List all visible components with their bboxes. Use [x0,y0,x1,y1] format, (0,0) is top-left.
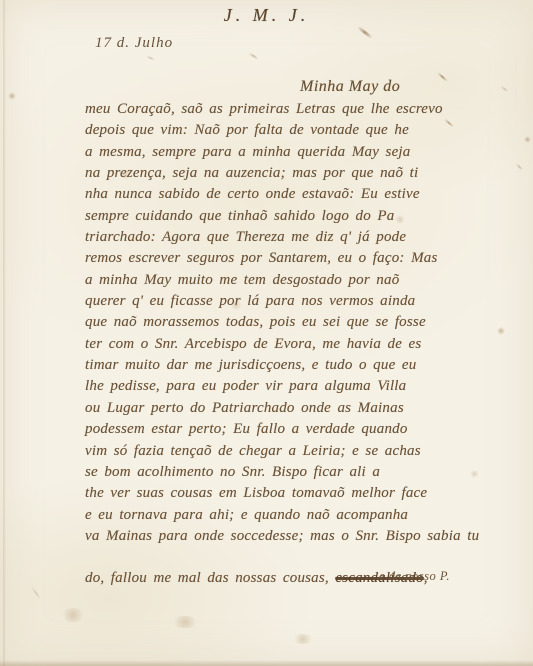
letter-line: va Mainas para onde soccedesse; mas o Sn… [85,526,463,547]
letter-line: nha nunca sabido de certo onde estavaõ: … [85,184,463,205]
manuscript-page: J. M. J. 17 d. Julho Minha May do meu Co… [0,0,533,666]
letter-line: se bom acolhimento no Snr. Bispo ficar a… [85,462,463,483]
letter-body: meu Coraçaõ, saõ as primeiras Letras que… [85,99,463,547]
stain-spot [470,470,479,478]
letter-date-line: 17 d. Julho [95,35,173,52]
ink-fleck [146,55,155,61]
letter-line: e eu tornava para ahi; e quando naõ acom… [85,505,463,526]
letter-salutation: Minha May do [300,78,400,96]
letter-line: a mesma, sempre para a minha querida May… [85,142,463,163]
ink-fleck [500,86,509,93]
stain-spot [524,136,531,143]
letter-line: depois que vim: Naõ por falta de vontade… [85,120,463,141]
stain-spot [292,634,314,644]
letter-line: podessem estar perto; Eu fallo a verdade… [85,419,463,440]
letter-line: triarchado: Agora que Thereza me diz q' … [85,227,463,248]
letter-line: que naõ morassemos todas, pois eu sei qu… [85,312,463,333]
letter-line: querer q' eu ficasse por lá para nos ver… [85,291,463,312]
letter-closing: e de nosso P. [0,569,450,584]
ink-fleck [437,72,448,82]
letter-line: sempre cuidando que tinhaõ sahido logo d… [85,206,463,227]
paper-left-edge-shadow [3,0,6,666]
letter-line: remos escrever seguros por Santarem, eu … [85,248,463,269]
ink-fleck [357,26,373,39]
stain-spot [8,92,16,100]
letter-line: a minha May muito me tem desgostado por … [85,270,463,291]
letter-line: timar muito dar me jurisdicçoens, e tudo… [85,355,463,376]
ink-fleck [248,52,259,59]
stain-spot [170,616,200,628]
letter-line: ou Lugar perto do Patriarchado onde as M… [85,398,463,419]
ink-fleck [516,163,524,171]
letter-line: lhe pedisse, para eu poder vir para algu… [85,376,463,397]
letter-line: vim só fazia tençaõ de chegar a Leiria; … [85,441,463,462]
letter-line: meu Coraçaõ, saõ as primeiras Letras que… [85,99,463,120]
paper-bottom-edge-shadow [0,660,533,666]
stain-spot [497,327,505,335]
letter-line: na prezença, seja na auzencia; mas por q… [85,163,463,184]
ink-fleck [31,586,42,600]
letter-line: ter com o Snr. Arcebispo de Evora, me ha… [85,334,463,355]
stain-spot [60,608,86,622]
letter-monogram: J. M. J. [0,5,533,26]
letter-line: the ver suas cousas em Lisboa tomavaõ me… [85,483,463,504]
